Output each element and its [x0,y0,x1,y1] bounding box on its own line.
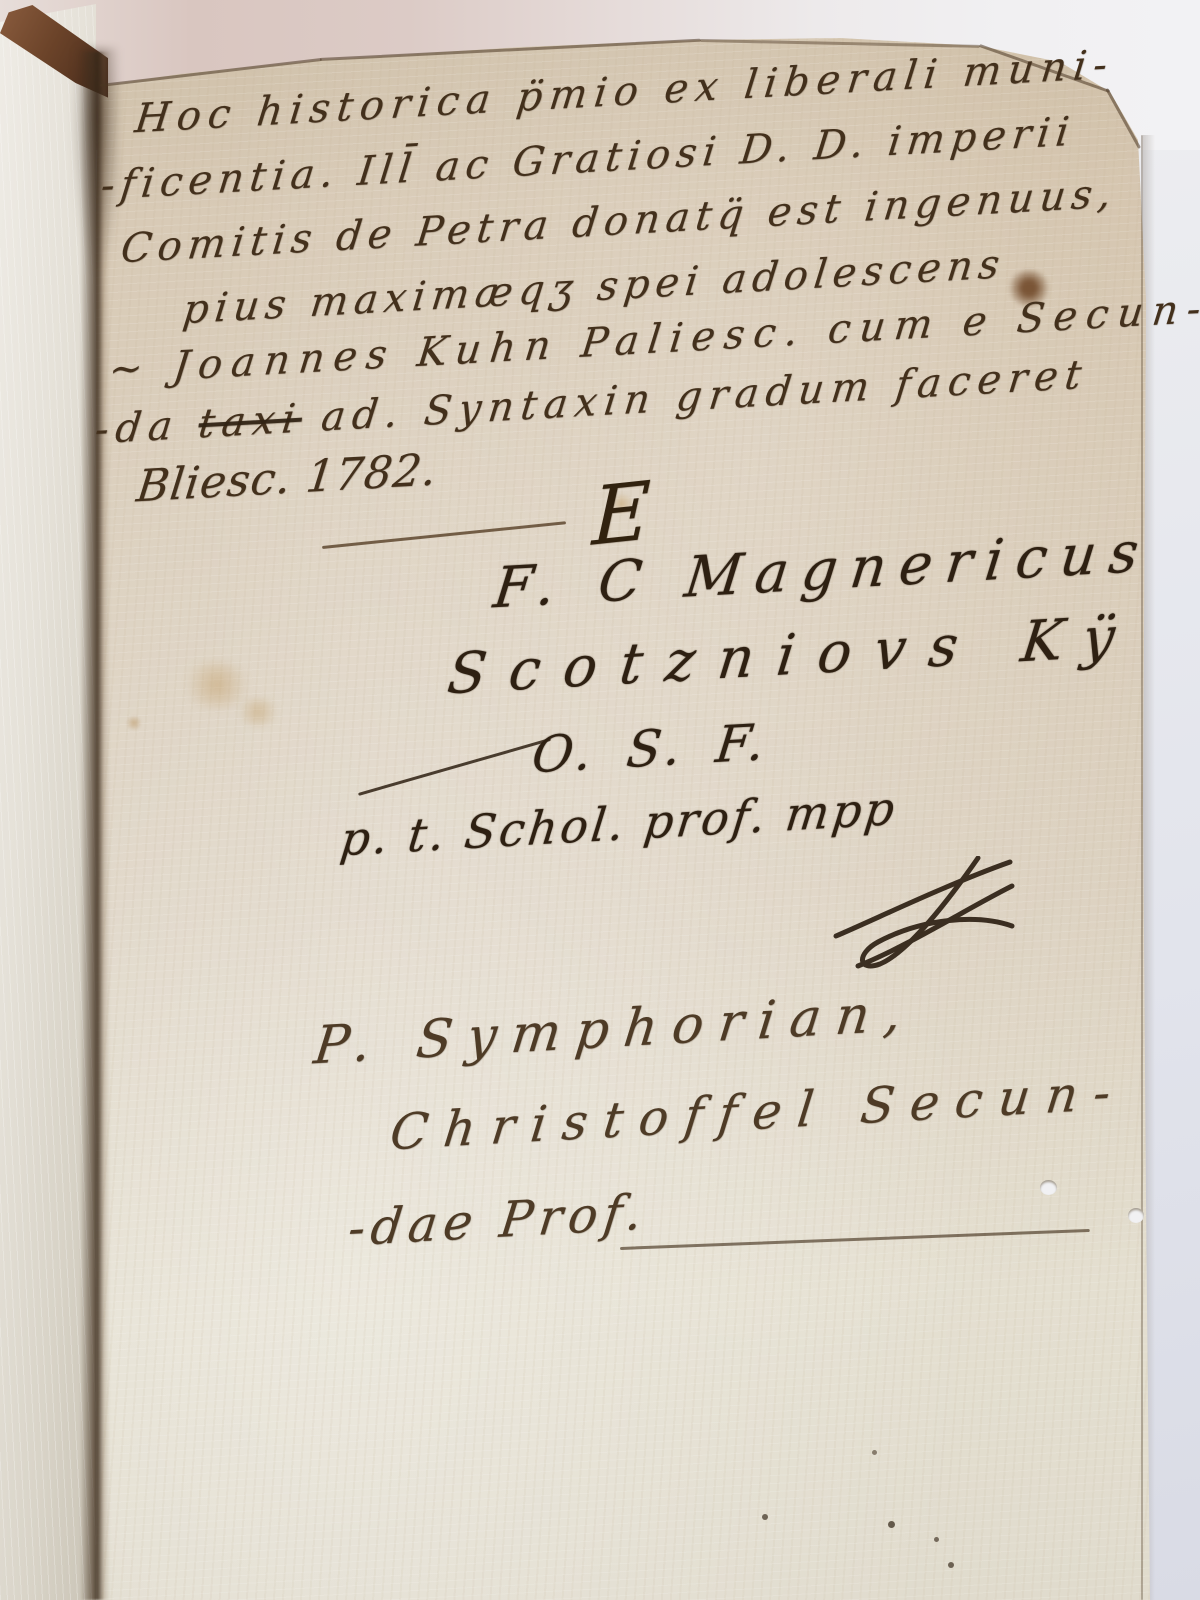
wormhole [1040,1180,1057,1195]
signature-line-2: Scotzniovs Kÿ [444,603,1141,707]
line6-prefix: -da [92,401,201,453]
signature-line-4: p. t. Schol. prof. mpp [338,781,901,867]
wormhole [1128,1208,1144,1223]
signature-line-3: O. S. F. [529,713,773,785]
handwritten-inscription: Hoc historica p̈mio ex liberali muni- -f… [0,0,1200,1600]
ownership-rule [620,1229,1090,1250]
flourish-stroke [358,738,551,796]
inscription-date-line: Bliesc. 1782. [134,444,440,512]
ownership-line-3: -dae Prof. [345,1183,651,1257]
ownership-line-2: Christoffel Secun- [387,1063,1129,1162]
strikethrough-word: taxi [196,395,305,447]
signature-paraph-flourish [828,856,1018,974]
signature-line-1: F. C Magnericus [490,519,1155,621]
underline-1782 [322,521,566,549]
ownership-line-1: P. Symphorian, [311,982,920,1076]
antique-book-photo: Hoc historica p̈mio ex liberali muni- -f… [0,0,1200,1600]
